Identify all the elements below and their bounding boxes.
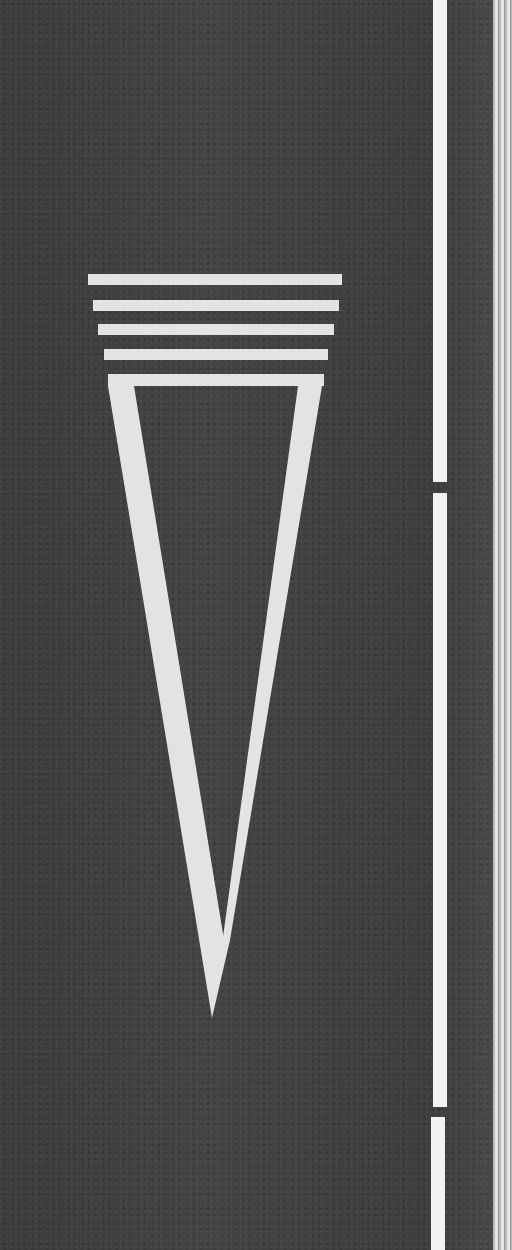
- yield-marking: [0, 0, 512, 1250]
- road-scene: [0, 0, 512, 1250]
